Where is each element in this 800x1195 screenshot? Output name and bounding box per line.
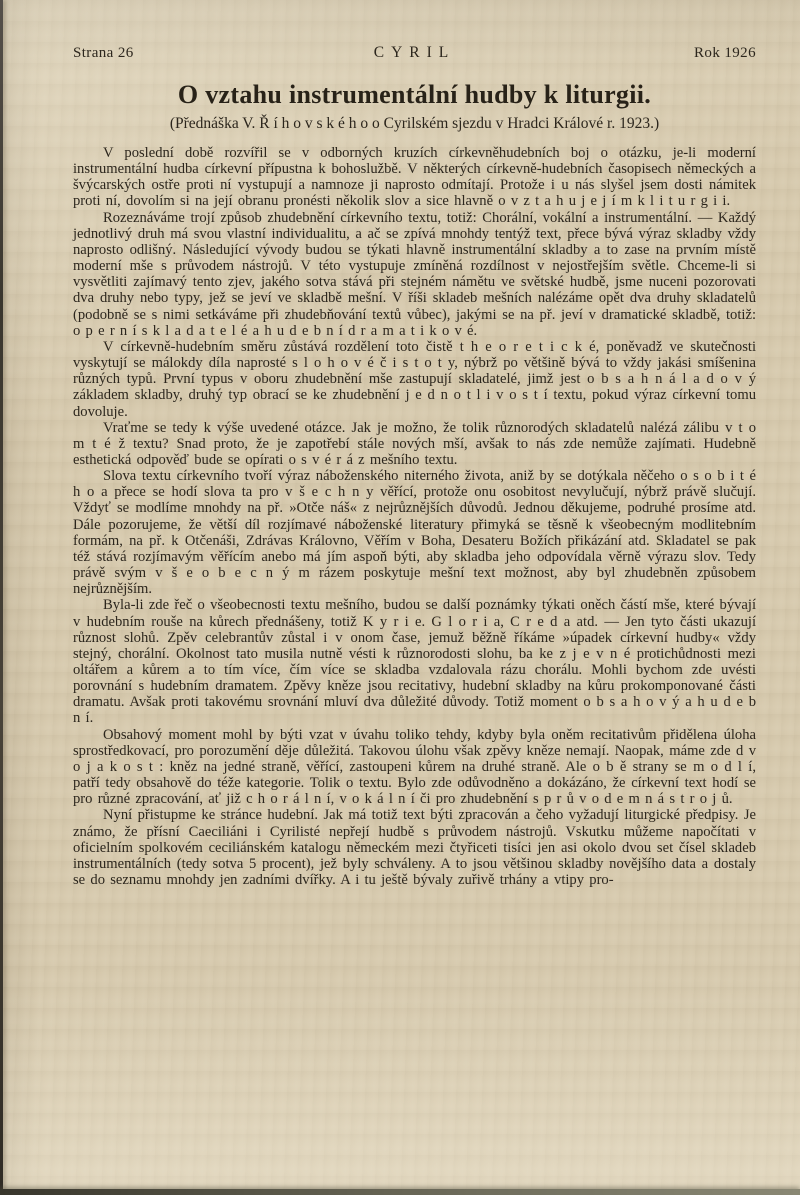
paragraph-7: Obsahový moment mohl by býti vzat v úvah… <box>73 727 756 808</box>
paragraph-2: Rozeznáváme trojí způsob zhudebnění círk… <box>73 210 756 339</box>
year-label: Rok 1926 <box>455 45 756 62</box>
article-body: V poslední době rozvířil se v odborných … <box>73 145 756 888</box>
paragraph-3: V církevně-hudebním směru zůstává rozděl… <box>73 339 756 420</box>
journal-title: CYRIL <box>374 44 456 62</box>
paragraph-1: V poslední době rozvířil se v odborných … <box>73 145 756 210</box>
article-title: O vztahu instrumentální hudby k liturgii… <box>73 80 756 110</box>
scanned-page: Strana 26 CYRIL Rok 1926 O vztahu instru… <box>0 0 800 1195</box>
paragraph-5: Slova textu církevního tvoří výraz nábož… <box>73 468 756 597</box>
page-number: Strana 26 <box>73 45 374 62</box>
paragraph-8: Nyní přistupme ke stránce hudební. Jak m… <box>73 807 756 888</box>
scan-edge-left <box>0 0 3 1195</box>
paragraph-4: Vraťme se tedy k výše uvedené otázce. Ja… <box>73 420 756 468</box>
running-head: Strana 26 CYRIL Rok 1926 <box>73 44 756 62</box>
scan-edge-bottom <box>0 1189 800 1195</box>
article-subtitle: (Přednáška V. Ř í h o v s k é h o o Cyri… <box>73 115 756 133</box>
paragraph-6: Byla-li zde řeč o všeobecnosti textu meš… <box>73 597 756 726</box>
